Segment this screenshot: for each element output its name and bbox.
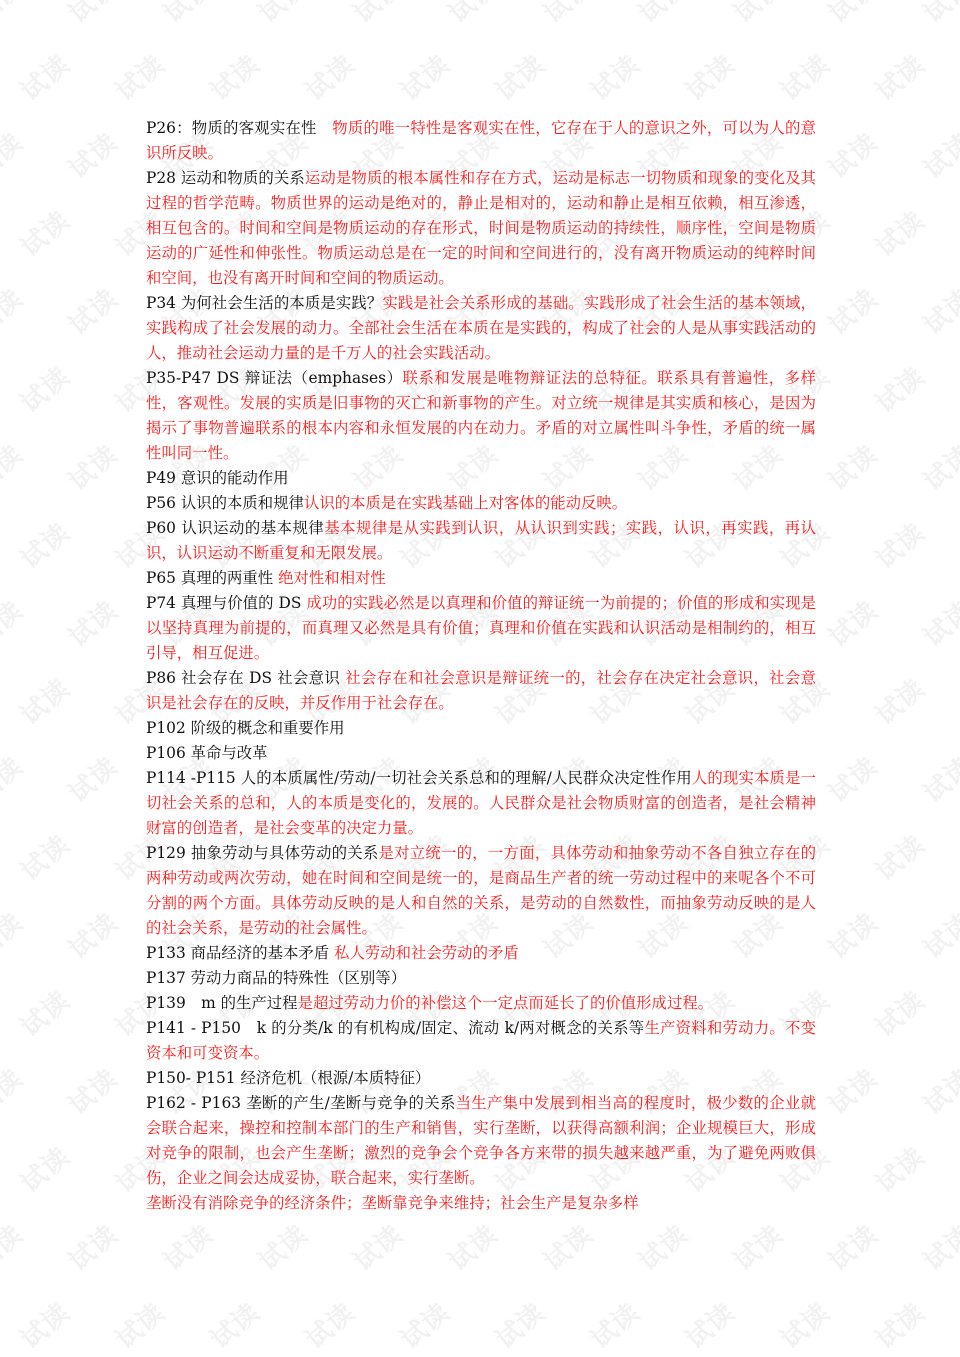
entry-monopoly-competition: 垄断没有消除竞争的经济条件；垄断靠竞争来维持；社会生产是复杂多样 [146,1191,816,1216]
document-page: P26：物质的客观实在性 物质的唯一特性是客观实在性，它存在于人的意识之外，可以… [146,116,816,1216]
watermark-text: 试读 [296,1293,361,1356]
watermark-text: 试读 [819,1059,884,1122]
watermark-text: 试读 [0,591,30,654]
watermark-text: 试读 [819,1215,884,1278]
entry-note: 绝对性和相对性 [278,569,386,587]
watermark-text: 试读 [866,357,931,420]
watermark-text: 试读 [914,123,960,186]
watermark-text: 试读 [914,591,960,654]
watermark-text: 试读 [629,0,694,30]
watermark-text: 试读 [59,591,124,654]
watermark-text: 试读 [249,0,314,30]
entry-p141-p150: P141 - P150 k 的分类/k 的有机构成/固定、流动 k/两对概念的关… [146,1016,816,1066]
watermark-text: 试读 [866,669,931,732]
watermark-text: 试读 [534,0,599,30]
entry-p35-p47: P35-P47 DS 辩证法（emphases）联系和发展是唯物辩证法的总特征。… [146,366,816,466]
entry-label: P141 - P150 k 的分类/k 的有机构成/固定、流动 k/两对概念的关… [146,1019,644,1037]
entry-label: P56 认识的本质和规律 [146,494,304,512]
watermark-text: 试读 [0,1215,30,1278]
watermark-text: 试读 [914,0,960,30]
watermark-text: 试读 [914,903,960,966]
entry-label: P60 认识运动的基本规律 [146,519,324,537]
entry-label: P35-P47 DS 辩证法（emphases） [146,369,403,387]
watermark-text: 试读 [11,981,76,1044]
entry-label: P102 阶级的概念和重要作用 [146,719,345,737]
watermark-text: 试读 [439,1215,504,1278]
entry-label: P49 意识的能动作用 [146,469,289,487]
watermark-text: 试读 [11,669,76,732]
watermark-text: 试读 [819,123,884,186]
watermark-text: 试读 [0,279,30,342]
entry-p26: P26：物质的客观实在性 物质的唯一特性是客观实在性，它存在于人的意识之外，可以… [146,116,816,166]
entry-p34: P34 为何社会生活的本质是实践？实践是社会关系形成的基础。实践形成了社会生活的… [146,291,816,366]
watermark-text: 试读 [439,0,504,30]
watermark-text: 试读 [344,0,409,30]
entry-label: P26：物质的客观实在性 [146,119,332,137]
watermark-text: 试读 [59,903,124,966]
entry-label: P74 真理与价值的 DS [146,594,306,612]
entry-p49: P49 意识的能动作用 [146,466,816,491]
entry-label: P137 劳动力商品的特殊性（区别等） [146,969,406,987]
entry-label: P114 -P115 人的本质属性/劳动/一切社会关系总和的理解/人民群众决定性… [146,769,692,787]
watermark-text: 试读 [11,357,76,420]
entry-note: 私人劳动和社会劳动的矛盾 [334,944,519,962]
watermark-text: 试读 [866,45,931,108]
watermark-text: 试读 [59,1215,124,1278]
entry-label: P34 为何社会生活的本质是实践？ [146,294,382,312]
watermark-text: 试读 [724,0,789,30]
watermark-text: 试读 [629,1215,694,1278]
watermark-text: 试读 [344,1215,409,1278]
watermark-text: 试读 [914,279,960,342]
entry-label: P86 社会存在 DS 社会意识 [146,669,345,687]
watermark-text: 试读 [11,45,76,108]
entry-label: P162 - P163 垄断的产生/垄断与竞争的关系 [146,1094,456,1112]
entry-p102: P102 阶级的概念和重要作用 [146,716,816,741]
entry-p137: P137 劳动力商品的特殊性（区别等） [146,966,816,991]
watermark-text: 试读 [0,903,30,966]
watermark-text: 试读 [59,747,124,810]
entry-p74: P74 真理与价值的 DS 成功的实践必然是以真理和价值的辩证统一为前提的；价值… [146,591,816,666]
entry-note: 垄断没有消除竞争的经济条件；垄断靠竞争来维持；社会生产是复杂多样 [146,1194,639,1212]
entry-p60: P60 认识运动的基本规律基本规律是从实践到认识，从认识到实践；实践，认识，再实… [146,516,816,566]
watermark-text: 试读 [866,513,931,576]
watermark-text: 试读 [771,1293,836,1356]
watermark-text: 试读 [201,45,266,108]
watermark-text: 试读 [676,1293,741,1356]
entry-label: P139 m 的生产过程 [146,994,298,1012]
entry-p129: P129 抽象劳动与具体劳动的关系是对立统一的，一方面，具体劳动和抽象劳动不各自… [146,841,816,941]
entry-p56: P56 认识的本质和规律认识的本质是在实践基础上对客体的能动反映。 [146,491,816,516]
watermark-text: 试读 [866,825,931,888]
watermark-text: 试读 [201,1293,266,1356]
watermark-text: 试读 [866,981,931,1044]
watermark-text: 试读 [819,747,884,810]
watermark-text: 试读 [486,45,551,108]
watermark-text: 试读 [391,45,456,108]
entry-p150-p151: P150- P151 经济危机（根源/本质特征） [146,1066,816,1091]
watermark-text: 试读 [11,201,76,264]
watermark-text: 试读 [0,0,30,30]
entry-p106: P106 革命与改革 [146,741,816,766]
watermark-text: 试读 [59,435,124,498]
watermark-text: 试读 [914,435,960,498]
watermark-text: 试读 [154,1215,219,1278]
watermark-text: 试读 [914,1059,960,1122]
watermark-text: 试读 [866,1137,931,1200]
entry-p133: P133 商品经济的基本矛盾 私人劳动和社会劳动的矛盾 [146,941,816,966]
watermark-text: 试读 [581,1293,646,1356]
entry-note: 是超过劳动力价的补偿这个一定点而延长了的价值形成过程。 [298,994,714,1012]
entry-p139: P139 m 的生产过程是超过劳动力价的补偿这个一定点而延长了的价值形成过程。 [146,991,816,1016]
watermark-text: 试读 [676,45,741,108]
entry-p65: P65 真理的两重性 绝对性和相对性 [146,566,816,591]
watermark-text: 试读 [0,747,30,810]
watermark-text: 试读 [771,45,836,108]
entry-p86: P86 社会存在 DS 社会意识 社会存在和社会意识是辩证统一的，社会存在决定社… [146,666,816,716]
watermark-text: 试读 [486,1293,551,1356]
watermark-text: 试读 [819,903,884,966]
watermark-text: 试读 [11,1137,76,1200]
watermark-text: 试读 [866,201,931,264]
watermark-text: 试读 [296,45,361,108]
watermark-text: 试读 [914,747,960,810]
entry-label: P28 运动和物质的关系 [146,169,305,187]
watermark-text: 试读 [59,1059,124,1122]
entry-p162-p163: P162 - P163 垄断的产生/垄断与竞争的关系当生产集中发展到相当高的程度… [146,1091,816,1191]
entry-label: P129 抽象劳动与具体劳动的关系 [146,844,378,862]
watermark-text: 试读 [106,1293,171,1356]
entry-label: P106 革命与改革 [146,744,268,762]
watermark-text: 试读 [59,0,124,30]
watermark-text: 试读 [11,825,76,888]
entry-p114-p115: P114 -P115 人的本质属性/劳动/一切社会关系总和的理解/人民群众决定性… [146,766,816,841]
watermark-text: 试读 [866,1293,931,1356]
watermark-text: 试读 [819,591,884,654]
watermark-text: 试读 [154,0,219,30]
entry-label: P150- P151 经济危机（根源/本质特征） [146,1069,430,1087]
watermark-text: 试读 [11,513,76,576]
watermark-text: 试读 [0,123,30,186]
entry-p28: P28 运动和物质的关系运动是物质的根本属性和存在方式，运动是标志一切物质和现象… [146,166,816,291]
entry-label: P65 真理的两重性 [146,569,278,587]
watermark-text: 试读 [59,279,124,342]
watermark-text: 试读 [391,1293,456,1356]
watermark-text: 试读 [819,0,884,30]
watermark-text: 试读 [581,45,646,108]
watermark-text: 试读 [819,279,884,342]
watermark-text: 试读 [249,1215,314,1278]
watermark-text: 试读 [0,435,30,498]
watermark-text: 试读 [0,1059,30,1122]
watermark-text: 试读 [819,435,884,498]
watermark-text: 试读 [914,1215,960,1278]
watermark-text: 试读 [724,1215,789,1278]
entry-note: 认识的本质是在实践基础上对客体的能动反映。 [304,494,627,512]
watermark-text: 试读 [11,1293,76,1356]
watermark-text: 试读 [106,45,171,108]
watermark-text: 试读 [59,123,124,186]
entry-label: P133 商品经济的基本矛盾 [146,944,334,962]
watermark-text: 试读 [534,1215,599,1278]
